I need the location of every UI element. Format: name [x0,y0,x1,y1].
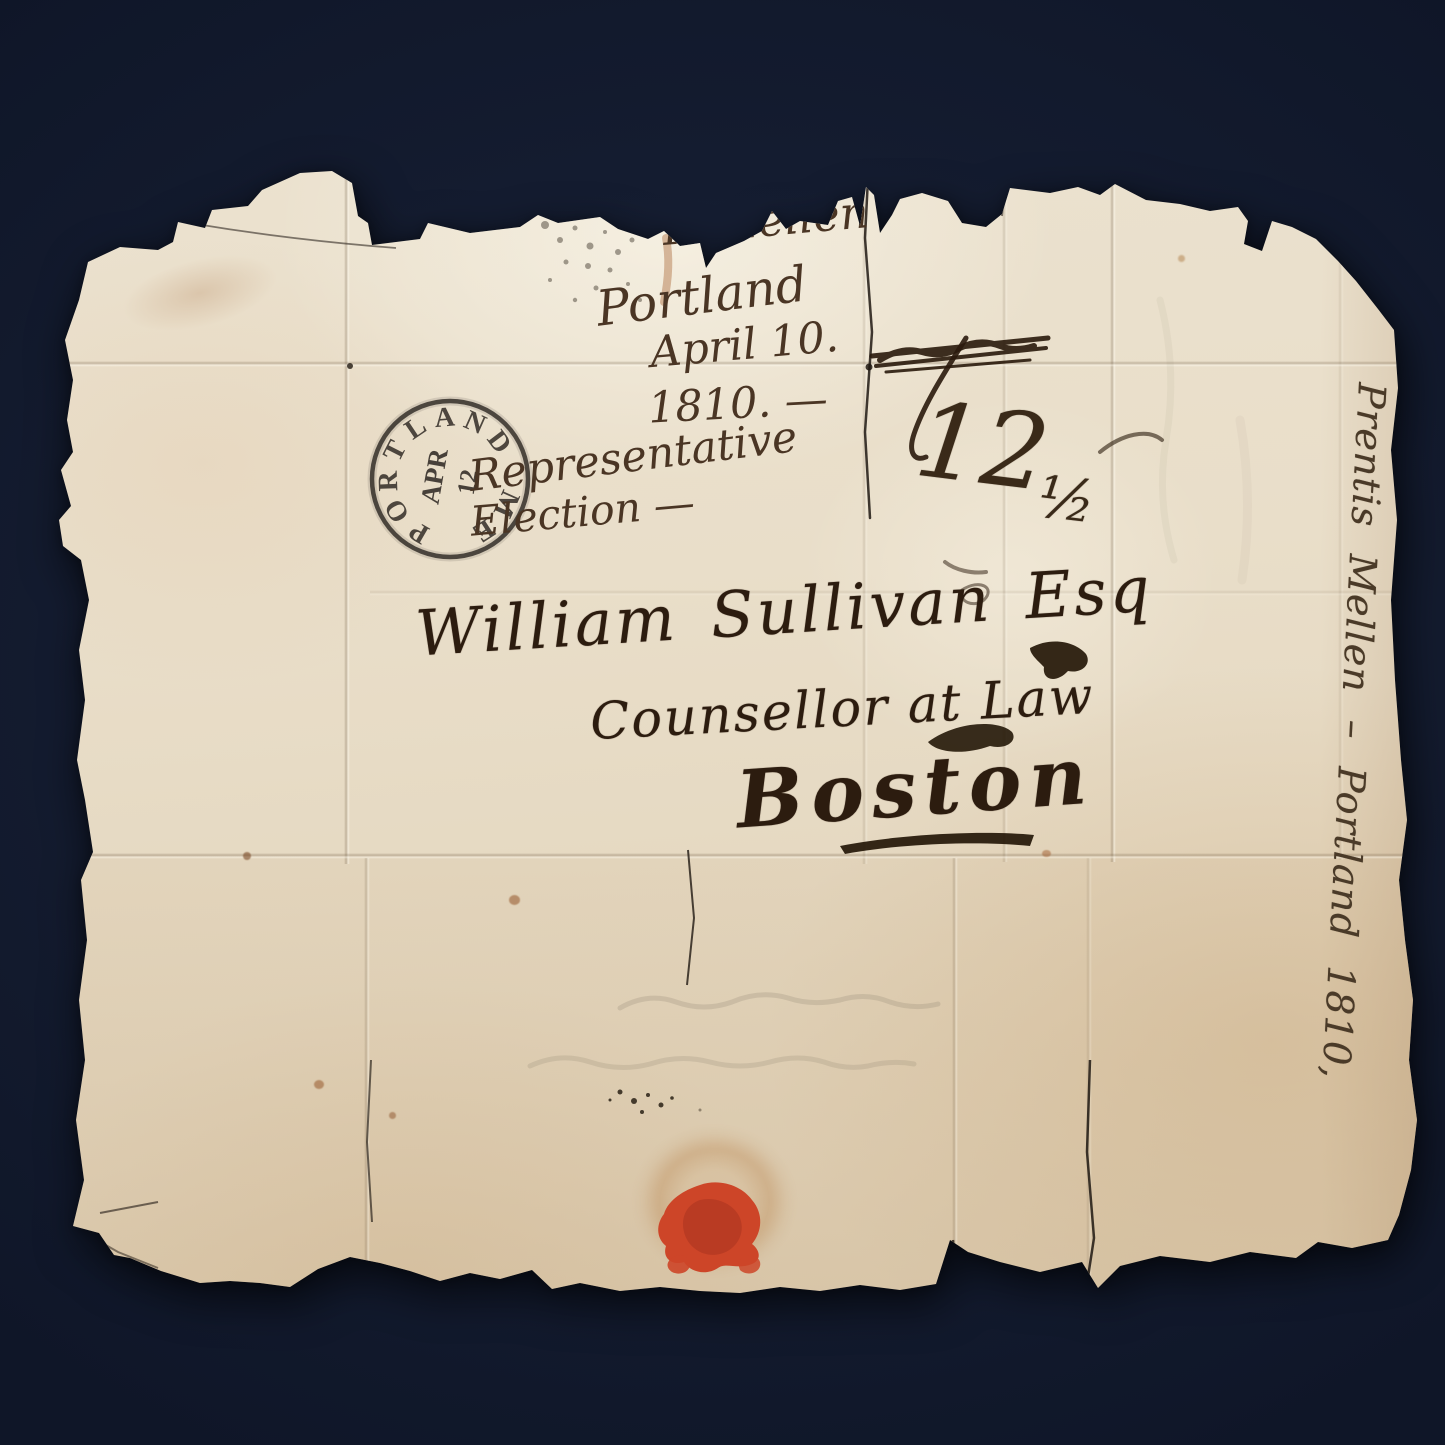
tear-flap-corner-left [76,1228,158,1268]
fold-pinhole-center [866,364,873,371]
stain-seal-ring [622,1115,807,1287]
postmark-ring-letter: T [377,435,413,466]
rate-whole: 12 [909,378,1055,515]
postal-rate-marking: 12½ [910,387,1110,513]
postmark-ring-letter: A [433,401,457,434]
crease-vertical-left-upper [344,176,350,864]
tear-crack-bottom-left [367,1060,372,1222]
freckle-2 [243,852,251,860]
crease-vertical-right-lower [1086,858,1092,1288]
photo-backdrop: PORTLANDME APR 12 P. Mellen Portland Apr… [0,0,1445,1445]
crease-vertical-center-lower [952,858,958,1288]
fold-pinhole-left [347,363,353,369]
rate-fraction: ½ [1035,462,1099,536]
tone-bottom-band [60,855,1420,1295]
ink-speck-cluster [609,1090,702,1115]
postmark-ring-letter: N [459,405,490,442]
postmark-ring-letter: P [404,515,434,550]
freckle-5 [1042,850,1051,857]
tear-slit-corner-left [100,1202,158,1213]
letter-cover-paper: PORTLANDME APR 12 P. Mellen Portland Apr… [0,0,1445,1445]
pen-hook-right-of-rate [1100,434,1162,452]
crease-vertical-right-upper [1110,186,1116,862]
freckle-3 [314,1080,324,1089]
side-docket: Prentis Mellen – Portland 1810, [1314,382,1394,1081]
paper-shadow-wrap: PORTLANDME APR 12 P. Mellen Portland Apr… [0,0,1445,1445]
freckle-6 [1178,255,1185,262]
tear-crack-bottom-center [953,1240,957,1292]
freckle-1 [509,895,520,905]
address-line-3: Boston [734,736,1097,840]
tear-crack-bottom-right [1086,1060,1094,1290]
stain-top-left-edge [87,224,313,362]
tear-nick-top-right [1002,182,1005,216]
endorsement-date: April 10. [648,316,840,375]
struck-out-word [872,338,1048,372]
crease-vertical-left-lower [364,858,370,1278]
tear-crack-top-left [196,224,396,248]
tear-crack-mid [687,850,694,985]
postmark-month: APR [415,446,454,506]
wax-seal [658,1182,760,1273]
postmark-ring-letter: R [373,470,405,492]
freckle-4 [389,1112,396,1119]
crease-horizontal-lower [64,853,1416,859]
endorsement-sender: P. Mellen [660,189,870,252]
